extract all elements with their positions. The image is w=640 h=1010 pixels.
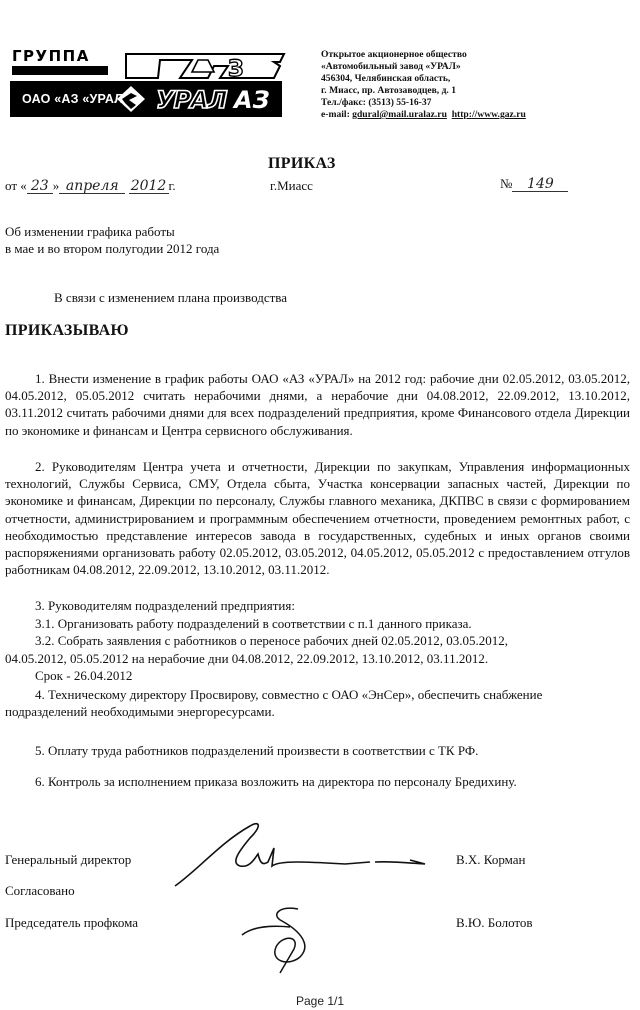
company-short-name: ОАО «АЗ «УРАЛ» (22, 91, 130, 107)
date-day: 23 (27, 179, 53, 194)
order-item-5: 5. Оплату труда работников подразделений… (5, 742, 630, 759)
date-prefix: от « (5, 178, 27, 193)
company-info: Открытое акционерное общество «Автомобил… (321, 49, 526, 121)
order-item-text: подразделений необходимыми энергоресурса… (5, 703, 630, 720)
date-month: апреля (59, 179, 125, 194)
subject-line: в мае и во втором полугодии 2012 года (5, 240, 219, 257)
company-info-line: Тел./факс: (3513) 55-16-37 (321, 97, 526, 109)
order-item-6: 6. Контроль за исполнением приказа возло… (5, 773, 630, 790)
email-label: e-mail: (321, 109, 352, 120)
number-label: № (500, 176, 512, 191)
order-item-4: 4. Техническому директору Просвирову, со… (5, 686, 630, 720)
document-title: ПРИКАЗ (268, 155, 336, 173)
union-chair-signature-icon (240, 905, 340, 975)
order-date: от «23»апреля 2012г. (5, 178, 176, 194)
order-item-text: 3. Руководителям подразделений предприят… (5, 597, 630, 615)
gaz-logo-icon: З (124, 52, 288, 80)
order-number: №149 (500, 176, 568, 192)
order-item-text: 2. Руководителям Центра учета и отчетнос… (5, 459, 630, 577)
subject-line: Об изменении графика работы (5, 223, 219, 240)
order-subitem-3-1: 3.1. Организовать работу подразделений в… (5, 615, 630, 633)
order-item-text: 4. Техническому директору Просвирову, со… (5, 686, 630, 703)
order-item-3: 3. Руководителям подразделений предприят… (5, 597, 630, 685)
company-info-line: Открытое акционерное общество (321, 49, 526, 61)
svg-text:АЗ: АЗ (232, 86, 270, 112)
order-heading: ПРИКАЗЫВАЮ (5, 322, 129, 340)
logo-group-label: ГРУППА (12, 48, 108, 64)
order-item-text: 5. Оплату труда работников подразделений… (35, 743, 478, 758)
order-item-2: 2. Руководителям Центра учета и отчетнос… (5, 458, 630, 578)
union-chair-title: Председатель профкома (5, 915, 138, 931)
union-chair-name: В.Ю. Болотов (456, 915, 533, 931)
order-subitem-3-2: 3.2. Собрать заявления с работников о пе… (5, 632, 630, 650)
order-subject: Об изменении графика работы в мае и во в… (5, 223, 219, 257)
general-director-name: В.Х. Корман (456, 852, 526, 868)
company-info-line: «Автомобильный завод «УРАЛ» (321, 61, 526, 73)
uralaz-emblem-icon (116, 85, 146, 113)
order-item-1: 1. Внести изменение в график работы ОАО … (5, 370, 630, 439)
order-city: г.Миасс (270, 178, 313, 194)
general-director-title: Генеральный директор (5, 852, 131, 868)
number-value: 149 (512, 177, 568, 192)
email-link[interactable]: gdural@mail.uralaz.ru (352, 109, 447, 120)
company-info-line: 456304, Челябинская область, (321, 73, 526, 85)
preamble: В связи с изменением плана производства (54, 290, 287, 306)
order-subitem-3-2-cont: 04.05.2012, 05.05.2012 на нерабочие дни … (5, 650, 630, 668)
agreed-label: Согласовано (5, 883, 75, 899)
logo-group-bar (12, 66, 108, 75)
website-link[interactable]: http://www.gaz.ru (452, 109, 526, 120)
deadline: Срок - 26.04.2012 (5, 667, 630, 685)
date-suffix: г. (169, 178, 176, 193)
director-signature-icon (170, 818, 430, 888)
order-item-text: 6. Контроль за исполнением приказа возло… (35, 774, 517, 789)
svg-text:З: З (228, 57, 244, 80)
uralaz-wordmark-icon: УРАЛ АЗ (154, 86, 274, 112)
page-number: Page 1/1 (0, 994, 640, 1008)
svg-text:УРАЛ: УРАЛ (156, 86, 228, 112)
order-item-text: 1. Внести изменение в график работы ОАО … (5, 371, 630, 438)
date-year: 2012 (129, 179, 169, 194)
company-contact-line: e-mail: gdural@mail.uralaz.ru http://www… (321, 109, 526, 121)
company-info-line: г. Миасс, пр. Автозаводцев, д. 1 (321, 85, 526, 97)
